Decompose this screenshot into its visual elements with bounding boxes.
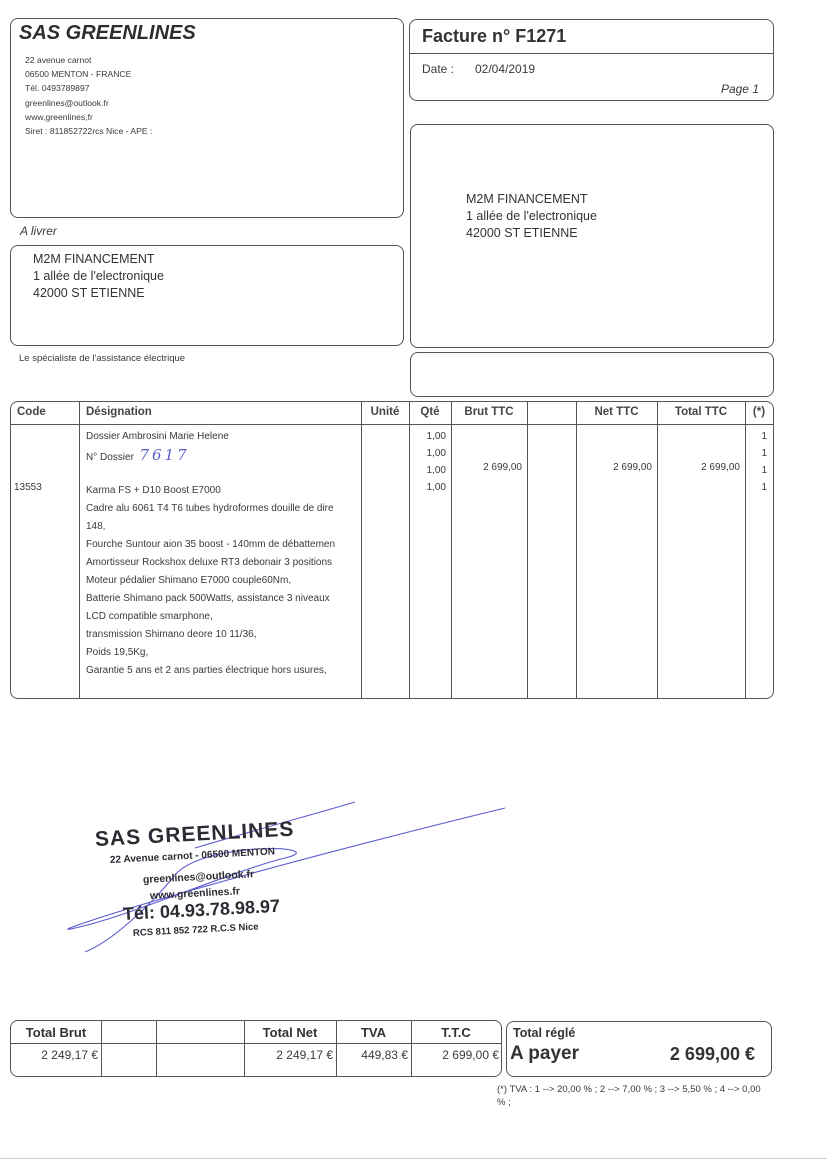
tva-label: TVA [336, 1025, 411, 1040]
sender-siret: Siret : 811852722rcs Nice - APE : [25, 124, 152, 138]
column-header-net-ttc: Net TTC [576, 406, 657, 418]
vat-code-value: 1 [745, 479, 767, 496]
to-pay-label: A payer [510, 1043, 579, 1065]
designation-line [86, 680, 361, 698]
vat-code-column: 1 1 1 1 [745, 428, 767, 496]
designation-line: Cadre alu 6061 T4 T6 tubes hydroformes d… [86, 500, 361, 518]
items-table: Code Désignation Unité Qté Brut TTC Net … [10, 401, 774, 699]
empty-info-box [410, 352, 774, 397]
designation-line: 148, [86, 518, 361, 536]
designation-line: Dossier Ambrosini Marie Helene [86, 428, 361, 446]
billing-address: M2M FINANCEMENT 1 allée de l'electroniqu… [466, 191, 597, 242]
designation-line: Amortisseur Rockshox deluxe RT3 debonair… [86, 554, 361, 572]
column-header-unit: Unité [361, 406, 409, 418]
ttc-value: 2 699,00 € [411, 1048, 499, 1062]
designation-line: Garantie 5 ans et 2 ans parties électriq… [86, 662, 361, 680]
qty-value: 1,00 [409, 445, 446, 462]
column-divider [527, 402, 528, 698]
header-divider [11, 424, 773, 425]
column-header-qty: Qté [409, 406, 451, 418]
item-code: 13553 [14, 482, 42, 493]
column-divider [657, 402, 658, 698]
vat-code-value: 1 [745, 445, 767, 462]
qty-value: 1,00 [409, 462, 446, 479]
column-header-total-ttc: Total TTC [657, 406, 745, 418]
tva-value: 449,83 € [336, 1048, 408, 1062]
totals-table: Total Brut Total Net TVA T.T.C 2 249,17 … [10, 1020, 502, 1077]
designation-line: Karma FS + D10 Boost E7000 [86, 482, 361, 500]
designation-line: Batterie Shimano pack 500Watts, assistan… [86, 590, 361, 608]
designation-line [86, 464, 361, 482]
designation-line: transmission Shimano deore 10 11/36, [86, 626, 361, 644]
designation-line: Poids 19,5Kg, [86, 644, 361, 662]
column-divider [156, 1021, 157, 1076]
totals-divider [11, 1043, 501, 1044]
total-brut-label: Total Brut [11, 1025, 101, 1040]
sender-box: SAS GREENLINES 22 avenue carnot 06500 ME… [10, 18, 404, 218]
column-divider [101, 1021, 102, 1076]
sender-website: www,greenlines,fr [25, 110, 152, 124]
column-header-designation: Désignation [86, 406, 152, 418]
date-label: Date : [422, 62, 454, 76]
designation-line: LCD compatible smarphone, [86, 608, 361, 626]
vat-rates-note: (*) TVA : 1 --> 20,00 % ; 2 --> 7,00 % ;… [497, 1083, 767, 1109]
delivery-address: M2M FINANCEMENT 1 allée de l'electroniqu… [33, 251, 164, 302]
item-total-ttc: 2 699,00 [657, 462, 740, 473]
delivery-street: 1 allée de l'electronique [33, 268, 164, 285]
payment-box: Total réglé A payer 2 699,00 € [506, 1021, 772, 1077]
vat-code-value: 1 [745, 428, 767, 445]
invoice-date: 02/04/2019 [475, 62, 535, 76]
total-net-label: Total Net [244, 1025, 336, 1040]
delivery-city: 42000 ST ETIENNE [33, 285, 164, 302]
sender-phone: Tél. 0493789897 [25, 81, 152, 95]
column-divider [576, 402, 577, 698]
column-divider [451, 402, 452, 698]
item-net-ttc: 2 699,00 [576, 462, 652, 473]
invoice-title: Facture n° F1271 [422, 26, 566, 47]
designation-line: Fourche Suntour aion 35 boost - 140mm de… [86, 536, 361, 554]
total-paid-label: Total réglé [513, 1026, 575, 1040]
qty-value: 1,00 [409, 428, 446, 445]
billing-street: 1 allée de l'electronique [466, 208, 597, 225]
designation-line: 1 article(s) [86, 698, 361, 699]
vat-code-value: 1 [745, 462, 767, 479]
qty-column: 1,00 1,00 1,00 1,00 [409, 428, 446, 496]
company-stamp: SAS GREENLINES 22 Avenue carnot - 06500 … [95, 820, 515, 980]
tagline: Le spécialiste de l'assistance électriqu… [19, 353, 185, 364]
to-pay-amount: 2 699,00 € [670, 1044, 755, 1065]
column-header-vat-code: (*) [745, 406, 773, 418]
handwritten-dossier-number: 7617 [139, 446, 189, 464]
column-divider [361, 402, 362, 698]
delivery-label: A livrer [20, 224, 57, 238]
qty-value: 1,00 [409, 479, 446, 496]
page-edge [0, 1158, 827, 1159]
sender-address-line2: 06500 MENTON - FRANCE [25, 67, 152, 81]
sender-email: greenlines@outlook.fr [25, 96, 152, 110]
billing-address-box: M2M FINANCEMENT 1 allée de l'electroniqu… [410, 124, 774, 348]
billing-city: 42000 ST ETIENNE [466, 225, 597, 242]
column-header-brut-ttc: Brut TTC [451, 406, 527, 418]
designation-line: Moteur pédalier Shimano E7000 couple60Nm… [86, 572, 361, 590]
total-net-value: 2 249,17 € [244, 1048, 333, 1062]
column-header-code: Code [13, 406, 83, 418]
invoice-header-box: Facture n° F1271 Date : 02/04/2019 Page … [409, 19, 774, 101]
divider [410, 53, 773, 54]
delivery-name: M2M FINANCEMENT [33, 251, 164, 268]
sender-details: 22 avenue carnot 06500 MENTON - FRANCE T… [25, 53, 152, 138]
delivery-address-box: M2M FINANCEMENT 1 allée de l'electroniqu… [10, 245, 404, 346]
billing-name: M2M FINANCEMENT [466, 191, 597, 208]
sender-address-line1: 22 avenue carnot [25, 53, 152, 67]
page-number: Page 1 [721, 82, 759, 96]
total-brut-value: 2 249,17 € [11, 1048, 98, 1062]
sender-company-name: SAS GREENLINES [19, 22, 196, 45]
column-divider [79, 402, 80, 698]
ttc-label: T.T.C [411, 1025, 501, 1040]
designation-line: N° Dossier 7617 [86, 446, 361, 464]
item-designation: Dossier Ambrosini Marie Helene N° Dossie… [86, 428, 361, 699]
item-brut-ttc: 2 699,00 [451, 462, 522, 473]
